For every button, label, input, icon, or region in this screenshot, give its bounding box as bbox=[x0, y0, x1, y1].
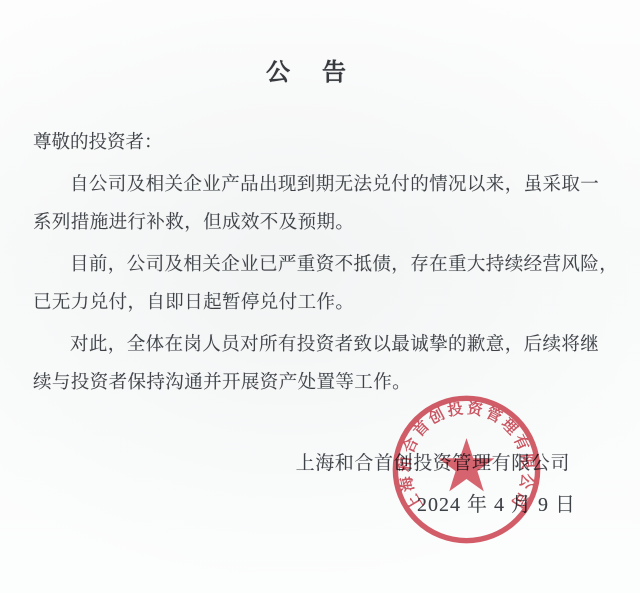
paragraph-1-line-1: 自公司及相关企业产品出现到期无法兑付的情况以来，虽采取一 bbox=[33, 166, 608, 205]
salutation: 尊敬的投资者： bbox=[33, 124, 608, 163]
seal-star-icon bbox=[439, 438, 495, 491]
paragraph-2: 目前，公司及相关企业已严重资不抵债，存在重大持续经营风险， 已无力兑付，自即日起… bbox=[33, 246, 608, 323]
announcement-document: 公 告 尊敬的投资者： 自公司及相关企业产品出现到期无法兑付的情况以来，虽采取一… bbox=[0, 0, 640, 593]
paragraph-1-line-2: 系列措施进行补救，但成效不及预期。 bbox=[33, 204, 608, 243]
paragraph-2-line-2: 已无力兑付，自即日起暂停兑付工作。 bbox=[33, 284, 608, 323]
document-body: 尊敬的投资者： 自公司及相关企业产品出现到期无法兑付的情况以来，虽采取一 系列措… bbox=[33, 124, 608, 403]
paragraph-3-line-1: 对此，全体在岗人员对所有投资者致以最诚挚的歉意，后续将继 bbox=[33, 326, 608, 365]
paragraph-2-line-1: 目前，公司及相关企业已严重资不抵债，存在重大持续经营风险， bbox=[33, 246, 608, 285]
paragraph-1: 自公司及相关企业产品出现到期无法兑付的情况以来，虽采取一 系列措施进行补救，但成… bbox=[33, 166, 608, 243]
document-title: 公 告 bbox=[0, 52, 616, 87]
company-seal-stamp: 上海和合首创投资管理有限公司 bbox=[388, 391, 545, 548]
